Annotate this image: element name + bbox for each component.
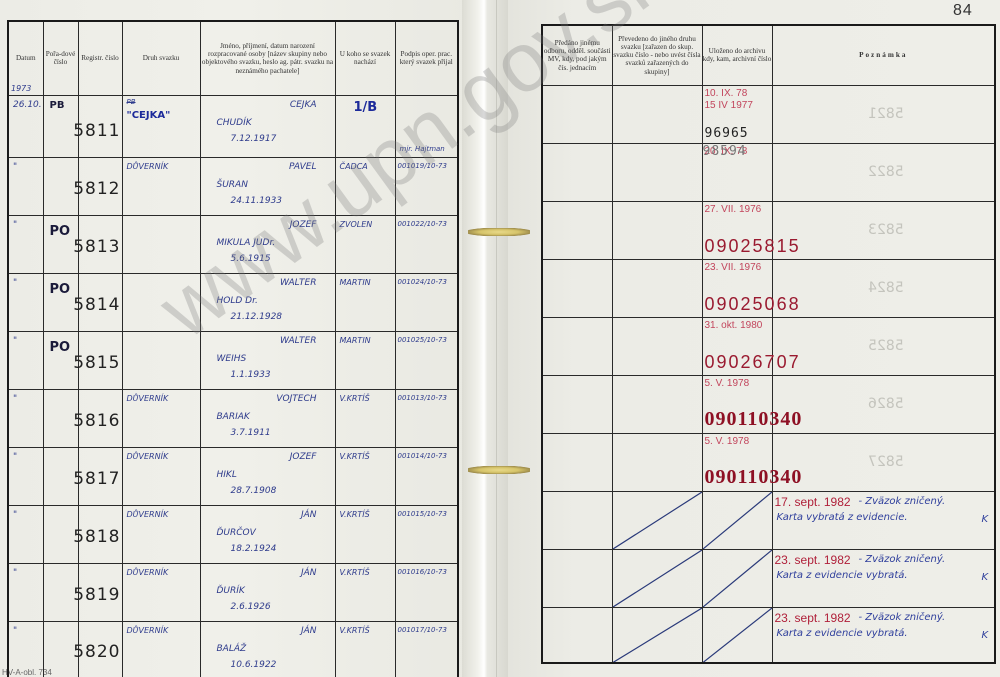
cell-registr: 5818: [78, 505, 122, 563]
cell-ulozeno: 23. VII. 197609025068: [702, 259, 772, 317]
cell-jmeno: CEJKACHUDÍK7.12.1917: [200, 95, 335, 157]
cell-jmeno: JOZEFMIKULA JUDr.5.6.1915: [200, 215, 335, 273]
registr-number: 5814: [73, 295, 120, 315]
cell-druh: [122, 331, 200, 389]
header-row: Předáno jinému odboru, odděl. součásti M…: [542, 25, 995, 85]
podpis-value: 001025/10-73: [398, 336, 447, 344]
cell-poznamka: 5821: [772, 85, 995, 143]
header-predano: Předáno jinému odboru, odděl. součásti M…: [542, 25, 612, 85]
u-koho-value: MARTIN: [340, 336, 371, 345]
cell-predano: [542, 549, 612, 607]
cell-podpis: 001024/10-73: [395, 273, 458, 331]
u-koho-value: V.KRTÍŠ: [340, 452, 370, 461]
cell-predano: [542, 317, 612, 375]
druh-value: DŮVERNÍK: [127, 394, 169, 403]
cell-ulozeno: [702, 607, 772, 663]
cell-podpis: 001022/10-73: [395, 215, 458, 273]
header-ulozeno: Uloženo do archivu kdy, kam, archivní čí…: [702, 25, 772, 85]
u-koho-value: V.KRTÍŠ: [340, 568, 370, 577]
first-name: JÁN: [301, 510, 317, 520]
datum-value: ": [13, 452, 17, 462]
cell-jmeno: VOJTECHBARIAK3.7.1911: [200, 389, 335, 447]
surname: BALÁŽ: [217, 644, 247, 654]
cell-datum: ": [8, 447, 43, 505]
signature: mjr. Hajtman: [400, 145, 445, 153]
cell-registr: 5816: [78, 389, 122, 447]
birth-date: 1.1.1933: [231, 370, 271, 380]
datum-value: 26.10.: [13, 100, 42, 110]
ledger-row: 23. sept. 1982- Zväzok zničený.Karta z e…: [542, 607, 995, 663]
cell-prevedeno: [612, 607, 702, 663]
archive-number: 09025815: [705, 236, 801, 257]
ledger-row: "5819DŮVERNÍKJÁNĎURÍK2.6.1926V.KRTÍŠ0010…: [8, 563, 458, 621]
cell-poznamka: 23. sept. 1982- Zväzok zničený.Karta z e…: [772, 549, 995, 607]
ledger-row: 27. VII. 1976090258155823: [542, 201, 995, 259]
cell-predano: [542, 143, 612, 201]
bleed-through-number: 5821: [868, 106, 904, 122]
header-u-koho: U koho se svazek nachází: [335, 21, 395, 95]
binding-staple-bottom: [468, 466, 530, 474]
cell-registr: 5813: [78, 215, 122, 273]
cell-poznamka: 17. sept. 1982- Zväzok zničený.Karta vyb…: [772, 491, 995, 549]
cell-podpis: 001015/10-73: [395, 505, 458, 563]
birth-date: 2.6.1926: [231, 602, 271, 612]
cell-jmeno: JÁNĎURČOV18.2.1924: [200, 505, 335, 563]
archive-stamp-date: 31. okt. 1980: [705, 320, 763, 331]
cell-datum: ": [8, 331, 43, 389]
cell-predano: [542, 85, 612, 143]
cell-podpis: 001014/10-73: [395, 447, 458, 505]
birth-date: 10.6.1922: [231, 660, 277, 670]
podpis-value: 001024/10-73: [398, 278, 447, 286]
cell-datum: ": [8, 389, 43, 447]
cell-ulozeno: [702, 549, 772, 607]
first-name: WALTER: [280, 278, 316, 288]
ledger-row: "5820DŮVERNÍKJÁNBALÁŽ10.6.1922V.KRTÍŠ001…: [8, 621, 458, 677]
ledger-row: "5818DŮVERNÍKJÁNĎURČOV18.2.1924V.KRTÍŠ00…: [8, 505, 458, 563]
cell-jmeno: WALTERWEIHS1.1.1933: [200, 331, 335, 389]
podpis-value: 001016/10-73: [398, 568, 447, 576]
header-jmeno: Jméno, příjmení, datum narození rozpraco…: [200, 21, 335, 95]
cell-predano: [542, 607, 612, 663]
u-koho-value: V.KRTÍŠ: [340, 510, 370, 519]
druh-value: DŮVERNÍK: [127, 452, 169, 461]
cell-datum: 197326.10.: [8, 95, 43, 157]
podpis-value: 001015/10-73: [398, 510, 447, 518]
page-number: 84: [953, 2, 973, 20]
registr-number: 5811: [73, 121, 120, 141]
cell-datum: ": [8, 273, 43, 331]
strike-diagonal: [613, 608, 702, 663]
cell-druh: [122, 273, 200, 331]
cell-druh: PB"CEJKA": [122, 95, 200, 157]
cell-druh: DŮVERNÍK: [122, 389, 200, 447]
surname: ĎURÍK: [217, 586, 245, 596]
cell-u-koho: MARTIN: [335, 331, 395, 389]
strike-diagonal: [703, 550, 772, 607]
cell-poznamka: 5826: [772, 375, 995, 433]
cell-poznamka: 23. sept. 1982- Zväzok zničený.Karta z e…: [772, 607, 995, 663]
cell-podpis: 001025/10-73: [395, 331, 458, 389]
cell-prevedeno: [612, 259, 702, 317]
book-spine: [462, 0, 508, 677]
cell-u-koho: ČADCA: [335, 157, 395, 215]
cell-ulozeno: 31. okt. 198009026707: [702, 317, 772, 375]
cell-prevedeno: [612, 491, 702, 549]
ledger-row: "PO5814WALTERHOLD Dr.21.12.1928MARTIN001…: [8, 273, 458, 331]
archive-stamp-date: 5. V. 1978: [705, 436, 750, 447]
cell-u-koho: V.KRTÍŠ: [335, 447, 395, 505]
strike-diagonal: [703, 492, 772, 549]
registr-number: 5820: [73, 642, 120, 662]
cell-ulozeno: 5. V. 1978090110340: [702, 375, 772, 433]
cell-podpis: mjr. Hajtman: [395, 95, 458, 157]
cell-u-koho: 1/B: [335, 95, 395, 157]
poradove-value: PO: [50, 224, 71, 239]
registr-number: 5817: [73, 469, 120, 489]
strike-diagonal: [613, 550, 702, 607]
birth-date: 18.2.1924: [231, 544, 277, 554]
left-ledger-table: Datum Pořa-dové číslo Registr. číslo Dru…: [7, 20, 459, 677]
cell-podpis: 001016/10-73: [395, 563, 458, 621]
surname: MIKULA JUDr.: [217, 238, 276, 248]
ledger-row: 23. sept. 1982- Zväzok zničený.Karta z e…: [542, 549, 995, 607]
binding-staple-top: [468, 228, 530, 236]
cell-druh: [122, 215, 200, 273]
registr-number: 5816: [73, 411, 120, 431]
ledger-row: 20. IX. 78985945822: [542, 143, 995, 201]
archive-stamp-date: 23. VII. 1976: [705, 262, 762, 273]
poradove-value: PO: [50, 340, 71, 355]
poradove-value: PB: [50, 100, 65, 111]
first-name: JÁN: [301, 626, 317, 636]
surname: WEIHS: [217, 354, 247, 364]
druh-strike: PB: [127, 98, 136, 106]
cell-u-koho: V.KRTÍŠ: [335, 505, 395, 563]
u-koho-value: V.KRTÍŠ: [340, 394, 370, 403]
cell-ulozeno: 27. VII. 197609025815: [702, 201, 772, 259]
cell-ulozeno: 5. V. 1978090110340: [702, 433, 772, 491]
poznamka-text-1: - Zväzok zničený.: [859, 554, 946, 565]
birth-date: 28.7.1908: [231, 486, 277, 496]
cell-datum: ": [8, 621, 43, 677]
cell-ulozeno: [702, 491, 772, 549]
podpis-value: 001019/10-73: [398, 162, 447, 170]
poznamka-text-1: - Zväzok zničený.: [859, 496, 946, 507]
datum-value: ": [13, 510, 17, 520]
cell-predano: [542, 201, 612, 259]
ledger-row: 31. okt. 1980090267075825: [542, 317, 995, 375]
poznamka-text-1: - Zväzok zničený.: [859, 612, 946, 623]
page-fold: [496, 0, 497, 677]
archive-stamp-date: 10. IX. 78: [705, 88, 748, 99]
cell-predano: [542, 375, 612, 433]
archive-number: 090110340: [705, 466, 803, 489]
birth-date: 7.12.1917: [231, 134, 277, 144]
archive-number: 98594: [703, 144, 747, 159]
birth-date: 3.7.1911: [231, 428, 271, 438]
datum-value: ": [13, 278, 17, 288]
cell-ulozeno: 10. IX. 7815 IV 197796965: [702, 85, 772, 143]
datum-value: ": [13, 162, 17, 172]
header-prevedeno: Převedeno do jiného druhu svazku [zařaze…: [612, 25, 702, 85]
cell-predano: [542, 433, 612, 491]
first-name: JOZEF: [290, 220, 317, 230]
cell-datum: ": [8, 563, 43, 621]
ledger-row: 17. sept. 1982- Zväzok zničený.Karta vyb…: [542, 491, 995, 549]
poznamka-date: 23. sept. 1982: [775, 553, 851, 567]
cell-registr: 5815: [78, 331, 122, 389]
cell-poznamka: 5825: [772, 317, 995, 375]
cell-jmeno: PAVELŠURAN24.11.1933: [200, 157, 335, 215]
first-name: WALTER: [280, 336, 316, 346]
cell-u-koho: MARTIN: [335, 273, 395, 331]
druh-value: DŮVERNÍK: [127, 568, 169, 577]
cell-u-koho: V.KRTÍŠ: [335, 621, 395, 677]
header-poradove-cislo: Pořa-dové číslo: [43, 21, 78, 95]
year-note: 1973: [11, 84, 31, 93]
cell-u-koho: ZVOLEN: [335, 215, 395, 273]
birth-date: 24.11.1933: [231, 196, 283, 206]
u-koho-value: 1/B: [354, 100, 378, 115]
first-name: CEJKA: [290, 100, 317, 110]
registr-number: 5815: [73, 353, 120, 373]
archive-stamp-date: 27. VII. 1976: [705, 204, 762, 215]
podpis-value: 001017/10-73: [398, 626, 447, 634]
cell-poznamka: 5827: [772, 433, 995, 491]
cell-registr: 5814: [78, 273, 122, 331]
strike-diagonal: [703, 608, 772, 663]
podpis-value: 001013/10-73: [398, 394, 447, 402]
cell-u-koho: V.KRTÍŠ: [335, 389, 395, 447]
datum-value: ": [13, 336, 17, 346]
ledger-row: "5816DŮVERNÍKVOJTECHBARIAK3.7.1911V.KRTÍ…: [8, 389, 458, 447]
podpis-value: 001014/10-73: [398, 452, 447, 460]
surname: HOLD Dr.: [217, 296, 258, 306]
birth-date: 21.12.1928: [231, 312, 283, 322]
bleed-through-number: 5827: [868, 454, 904, 470]
bleed-through-number: 5825: [868, 338, 904, 354]
cell-registr: 5812: [78, 157, 122, 215]
cell-poznamka: 5824: [772, 259, 995, 317]
first-name: VOJTECH: [276, 394, 316, 404]
cell-registr: 5820: [78, 621, 122, 677]
poznamka-text-2: Karta vybratá z evidencie.: [777, 512, 908, 523]
cell-podpis: 001013/10-73: [395, 389, 458, 447]
header-poznamka: Poznámka: [772, 25, 995, 85]
ledger-row: 23. VII. 1976090250685824: [542, 259, 995, 317]
datum-value: ": [13, 394, 17, 404]
archive-number: 09026707: [705, 352, 801, 373]
cell-predano: [542, 259, 612, 317]
poznamka-text-2: Karta z evidencie vybratá.: [777, 628, 908, 639]
surname: ĎURČOV: [217, 528, 256, 538]
datum-value: ": [13, 220, 17, 230]
right-ledger-table: Předáno jinému odboru, odděl. součásti M…: [541, 24, 996, 664]
datum-value: ": [13, 626, 17, 636]
archive-stamp-date-2: 15 IV 1977: [705, 100, 753, 111]
cell-druh: DŮVERNÍK: [122, 621, 200, 677]
cell-prevedeno: [612, 317, 702, 375]
poznamka-date: 23. sept. 1982: [775, 611, 851, 625]
registr-number: 5812: [73, 179, 120, 199]
druh-value: DŮVERNÍK: [127, 626, 169, 635]
ledger-row: "PO5815WALTERWEIHS1.1.1933MARTIN001025/1…: [8, 331, 458, 389]
cell-prevedeno: [612, 143, 702, 201]
ledger-row: 197326.10.PB5811PB"CEJKA"CEJKACHUDÍK7.12…: [8, 95, 458, 157]
poznamka-text-2: Karta z evidencie vybratá.: [777, 570, 908, 581]
druh-value: "CEJKA": [127, 110, 171, 121]
ledger-row: 10. IX. 7815 IV 1977969655821: [542, 85, 995, 143]
cell-jmeno: WALTERHOLD Dr.21.12.1928: [200, 273, 335, 331]
cell-predano: [542, 491, 612, 549]
cell-druh: DŮVERNÍK: [122, 157, 200, 215]
druh-value: DŮVERNÍK: [127, 510, 169, 519]
druh-value: DŮVERNÍK: [127, 162, 169, 171]
bleed-through-number: 5826: [868, 396, 904, 412]
birth-date: 5.6.1915: [231, 254, 271, 264]
cell-jmeno: JÁNĎURÍK2.6.1926: [200, 563, 335, 621]
u-koho-value: MARTIN: [340, 278, 371, 287]
poznamka-date: 17. sept. 1982: [775, 495, 851, 509]
cell-ulozeno: 20. IX. 7898594: [702, 143, 772, 201]
cell-druh: DŮVERNÍK: [122, 563, 200, 621]
bleed-through-number: 5824: [868, 280, 904, 296]
cell-podpis: 001019/10-73: [395, 157, 458, 215]
bleed-through-number: 5823: [868, 222, 904, 238]
poznamka-initials: K: [981, 572, 988, 583]
u-koho-value: ZVOLEN: [340, 220, 373, 229]
cell-podpis: 001017/10-73: [395, 621, 458, 677]
first-name: PAVEL: [289, 162, 317, 172]
archive-number: 96965: [705, 126, 749, 141]
cell-datum: ": [8, 215, 43, 273]
header-registr-cislo: Registr. číslo: [78, 21, 122, 95]
datum-value: ": [13, 568, 17, 578]
poznamka-initials: K: [981, 630, 988, 641]
cell-prevedeno: [612, 549, 702, 607]
ledger-row: "5817DŮVERNÍKJOZEFHIKL28.7.1908V.KRTÍŠ00…: [8, 447, 458, 505]
bleed-through-number: 5822: [868, 164, 904, 180]
surname: HIKL: [217, 470, 237, 480]
cell-u-koho: V.KRTÍŠ: [335, 563, 395, 621]
header-podpis: Podpis oper. prac. který svazek přijal: [395, 21, 458, 95]
ledger-row: 5. V. 19780901103405826: [542, 375, 995, 433]
cell-prevedeno: [612, 85, 702, 143]
cell-registr: 5817: [78, 447, 122, 505]
surname: BARIAK: [217, 412, 250, 422]
cell-druh: DŮVERNÍK: [122, 447, 200, 505]
cell-prevedeno: [612, 201, 702, 259]
surname: ŠURAN: [217, 180, 248, 190]
first-name: JOZEF: [290, 452, 317, 462]
cell-jmeno: JÁNBALÁŽ10.6.1922: [200, 621, 335, 677]
first-name: JÁN: [301, 568, 317, 578]
poznamka-initials: K: [981, 514, 988, 525]
ledger-row: "5812DŮVERNÍKPAVELŠURAN24.11.1933ČADCA00…: [8, 157, 458, 215]
cell-datum: ": [8, 157, 43, 215]
cell-poznamka: 5823: [772, 201, 995, 259]
podpis-value: 001022/10-73: [398, 220, 447, 228]
registr-number: 5818: [73, 527, 120, 547]
cell-datum: ": [8, 505, 43, 563]
cell-registr: 5819: [78, 563, 122, 621]
ledger-row: "PO5813JOZEFMIKULA JUDr.5.6.1915ZVOLEN00…: [8, 215, 458, 273]
registr-number: 5813: [73, 237, 120, 257]
cell-poznamka: 5822: [772, 143, 995, 201]
archive-number: 09025068: [705, 294, 801, 315]
poradove-value: PO: [50, 282, 71, 297]
cell-registr: 5811: [78, 95, 122, 157]
header-row: Datum Pořa-dové číslo Registr. číslo Dru…: [8, 21, 458, 95]
u-koho-value: V.KRTÍŠ: [340, 626, 370, 635]
cell-jmeno: JOZEFHIKL28.7.1908: [200, 447, 335, 505]
header-druh-svazku: Druh svazku: [122, 21, 200, 95]
archive-stamp-date: 5. V. 1978: [705, 378, 750, 389]
surname: CHUDÍK: [217, 118, 252, 128]
cell-prevedeno: [612, 433, 702, 491]
cell-druh: DŮVERNÍK: [122, 505, 200, 563]
u-koho-value: ČADCA: [340, 162, 368, 171]
strike-diagonal: [613, 492, 702, 549]
archive-number: 090110340: [705, 408, 803, 431]
ledger-row: 5. V. 19780901103405827: [542, 433, 995, 491]
cell-prevedeno: [612, 375, 702, 433]
registr-number: 5819: [73, 585, 120, 605]
